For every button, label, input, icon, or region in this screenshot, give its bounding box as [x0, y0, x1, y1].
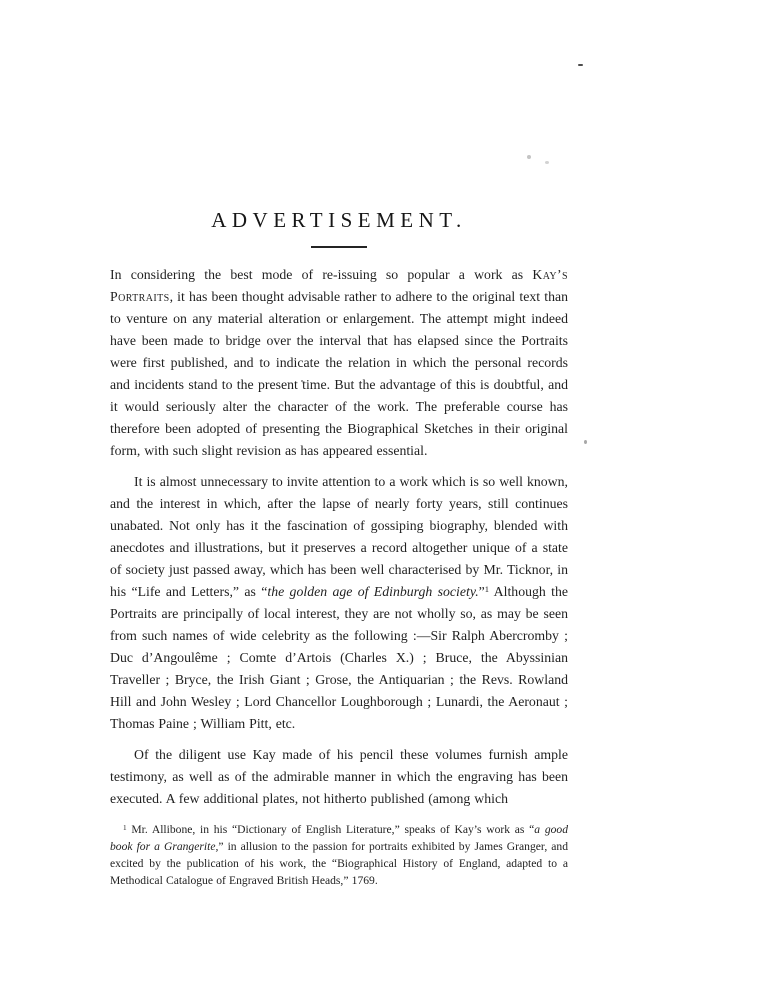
scan-speck [545, 161, 549, 164]
page-title: ADVERTISEMENT. [110, 0, 568, 233]
scan-speck [578, 64, 583, 66]
book-page: ADVERTISEMENT. In considering the best m… [0, 0, 782, 1000]
paragraph-3: Of the diligent use Kay made of his penc… [110, 744, 568, 810]
text-block: ADVERTISEMENT. In considering the best m… [110, 0, 568, 889]
paragraph-2: It is almost unnecessary to invite atten… [110, 471, 568, 735]
paragraph-1: In considering the best mode of re-issui… [110, 264, 568, 462]
title-divider [311, 246, 367, 248]
scan-speck [527, 155, 531, 159]
scan-speck [301, 380, 303, 382]
footnote: 1 Mr. Allibone, in his “Dictionary of En… [110, 821, 568, 889]
scan-speck [584, 440, 587, 444]
